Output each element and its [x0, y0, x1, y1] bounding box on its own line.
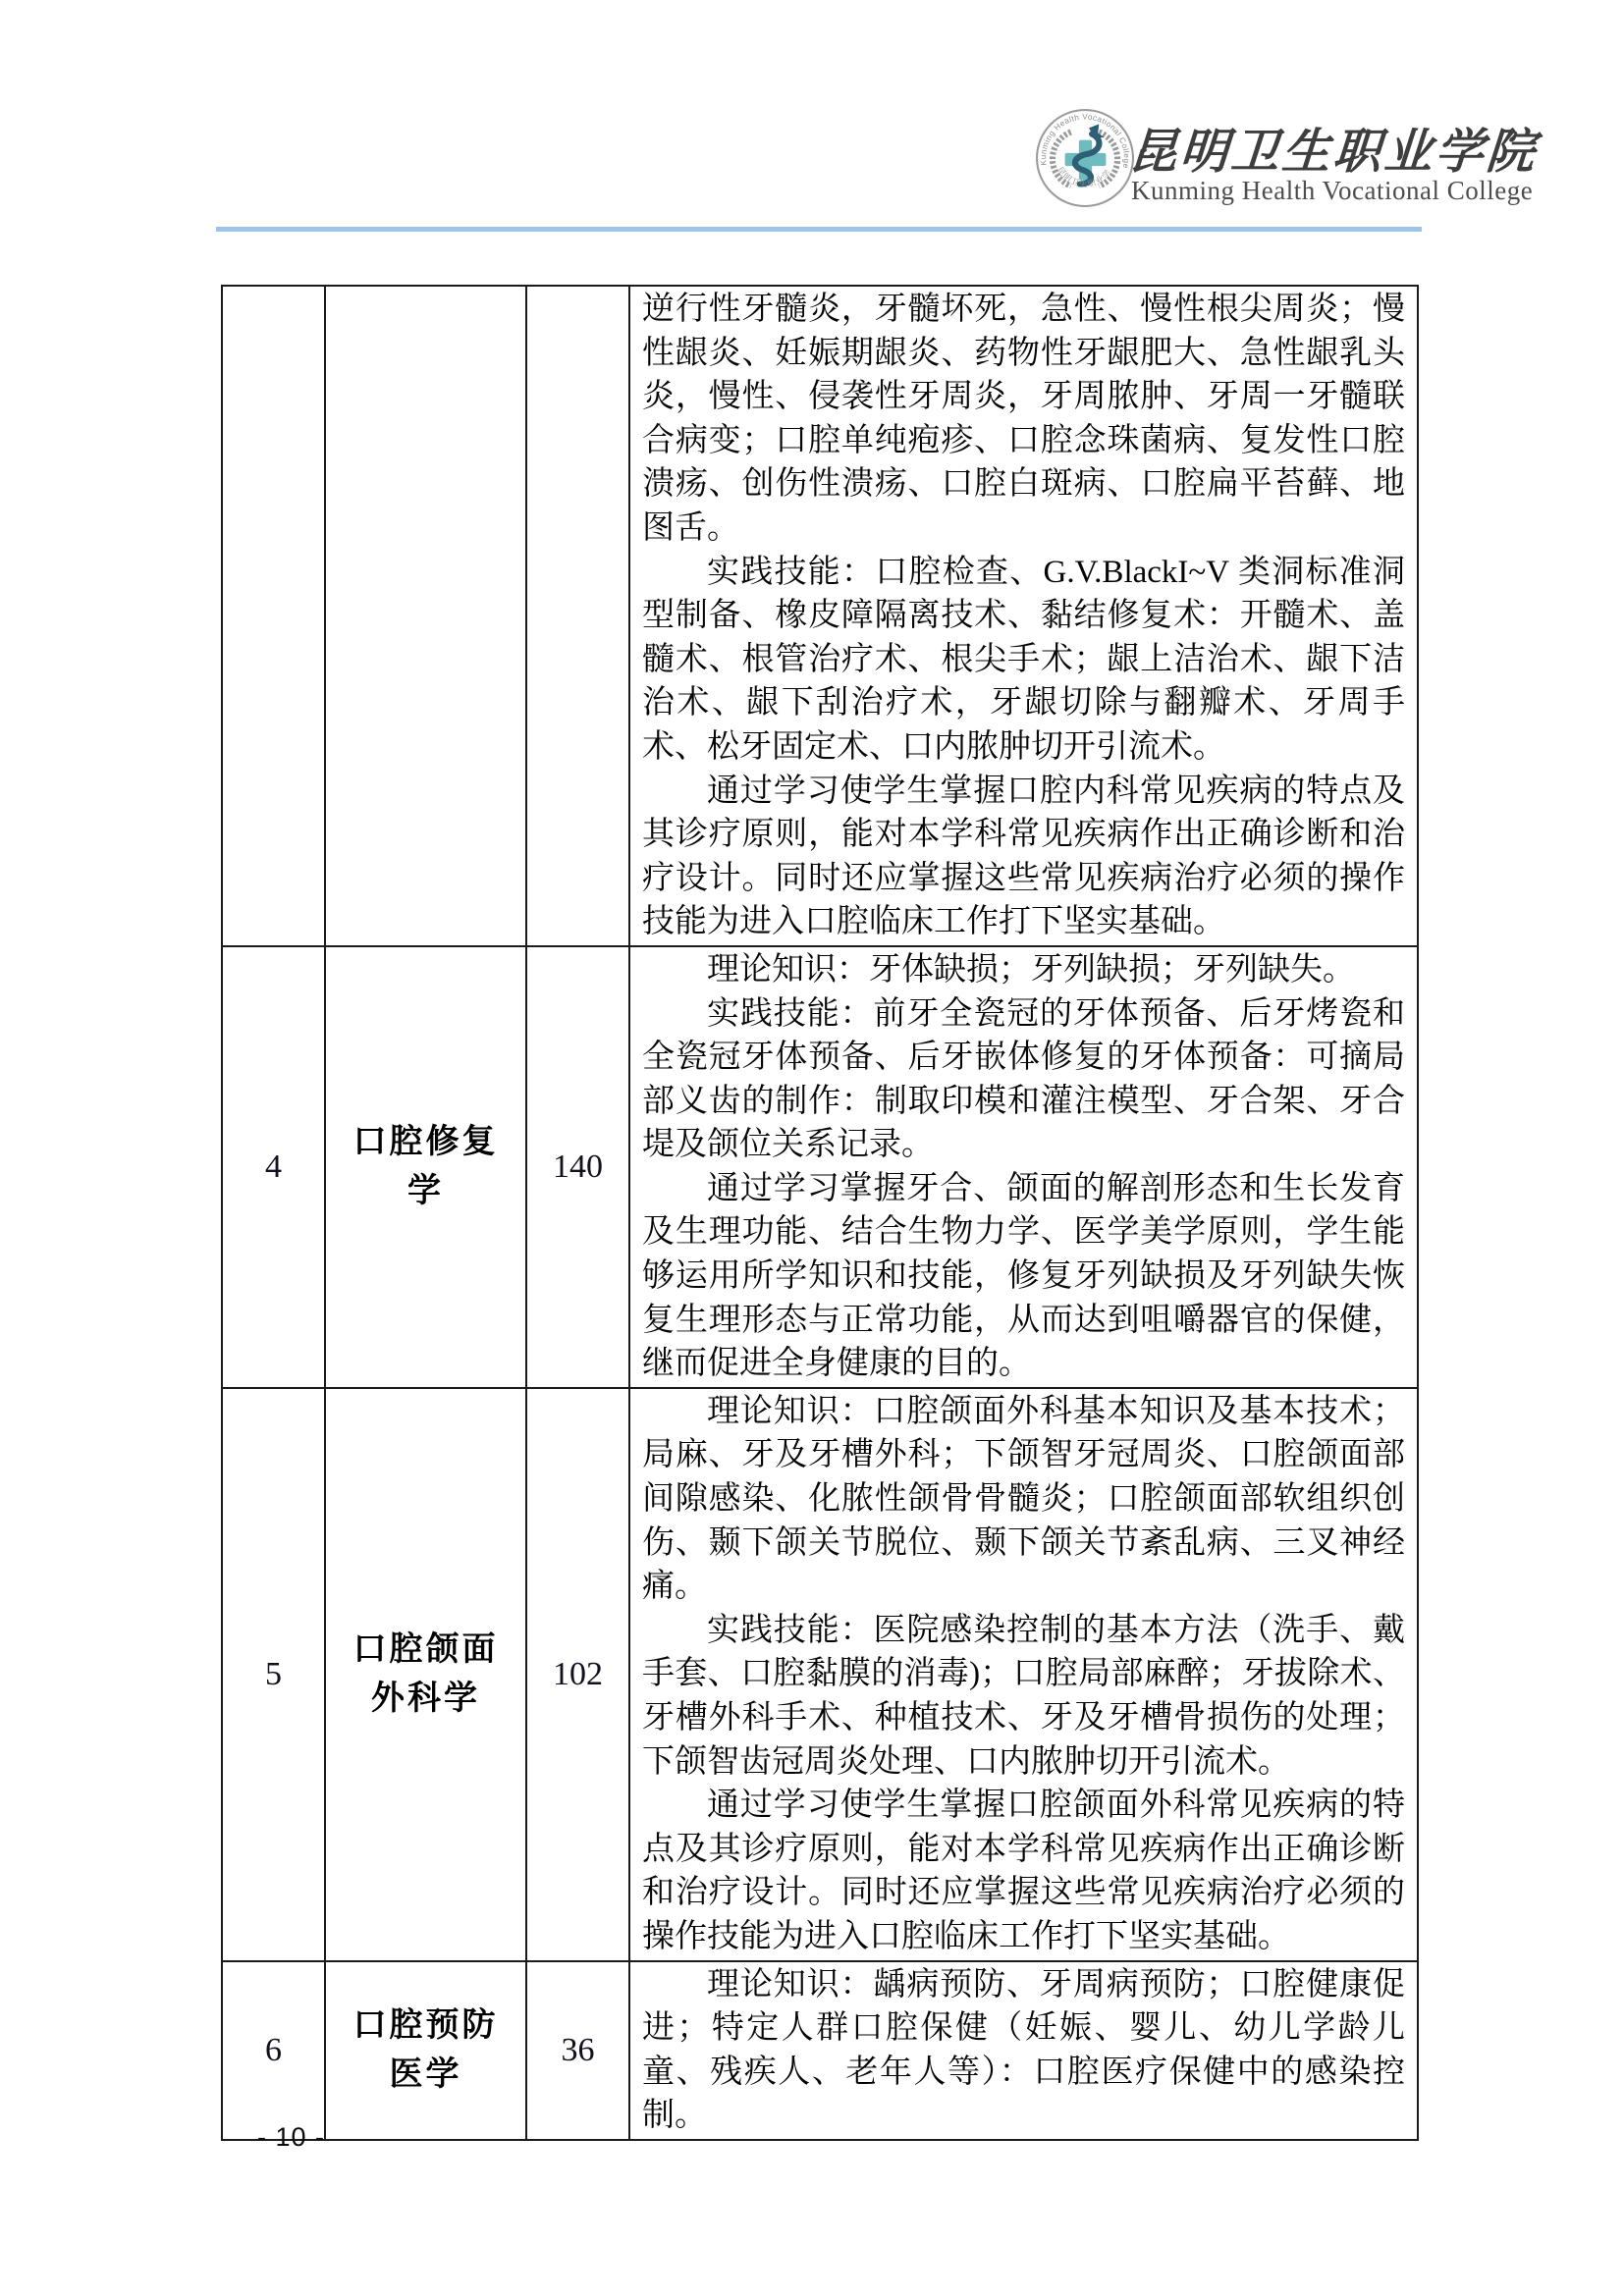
description-paragraph: 通过学习掌握牙合、颌面的解剖形态和生长发育及生理功能、结合生物力学、医学美学原则… [642, 1167, 1405, 1386]
description-paragraph: 理论知识：龋病预防、牙周病预防；口腔健康促进；特定人群口腔保健（妊娠、婴儿、幼儿… [642, 1963, 1405, 2138]
course-name-cell: 口腔修复学 [325, 946, 526, 1388]
course-number-cell: 4 [222, 946, 325, 1388]
college-name-calligraphy: 昆明卫生职业学院 [1127, 114, 1466, 183]
description-paragraph: 逆行性牙髓炎，牙髓坏死，急性、慢性根尖周炎；慢性龈炎、妊娠期龈炎、药物性牙龈肥大… [642, 288, 1405, 551]
course-hours-cell: 140 [526, 946, 629, 1388]
table-row-6: 6 口腔预防医学 36 理论知识：龋病预防、牙周病预防；口腔健康促进；特定人群口… [222, 1961, 1418, 2140]
header-divider-line [216, 227, 1422, 232]
course-hours-cell [526, 286, 629, 946]
description-paragraph: 实践技能：口腔检查、G.V.BlackI~V 类洞标准洞型制备、橡皮障隔离技术、… [642, 551, 1405, 770]
description-paragraph: 实践技能：医院感染控制的基本方法（洗手、戴手套、口腔黏膜的消毒)；口腔局部麻醉；… [642, 1609, 1405, 1784]
course-description-cell: 理论知识：牙体缺损；牙列缺损；牙列缺失。 实践技能：前牙全瓷冠的牙体预备、后牙烤… [629, 946, 1418, 1388]
course-name-cell [325, 286, 526, 946]
course-number-cell: 5 [222, 1388, 325, 1961]
course-description-cell: 逆行性牙髓炎，牙髓坏死，急性、慢性根尖周炎；慢性龈炎、妊娠期龈炎、药物性牙龈肥大… [629, 286, 1418, 946]
seal-graphic: Kunming Health Vocational College 昆明卫生职业… [1035, 106, 1135, 210]
description-paragraph: 实践技能：前牙全瓷冠的牙体预备、后牙烤瓷和全瓷冠牙体预备、后牙嵌体修复的牙体预备… [642, 992, 1405, 1167]
page-number: - 10 - [257, 2122, 325, 2153]
course-description-cell: 理论知识：龋病预防、牙周病预防；口腔健康促进；特定人群口腔保健（妊娠、婴儿、幼儿… [629, 1961, 1418, 2140]
course-number-cell [222, 286, 325, 946]
course-hours-cell: 102 [526, 1388, 629, 1961]
course-number-cell: 6 [222, 1961, 325, 2140]
description-paragraph: 理论知识：牙体缺损；牙列缺损；牙列缺失。 [642, 948, 1405, 992]
description-paragraph: 通过学习使学生掌握口腔颌面外科常见疾病的特点及其诊疗原则，能对本学科常见疾病作出… [642, 1784, 1405, 1958]
course-name-cell: 口腔预防医学 [325, 1961, 526, 2140]
description-paragraph: 理论知识：口腔颌面外科基本知识及基本技术；局麻、牙及牙槽外科；下颌智牙冠周炎、口… [642, 1390, 1405, 1609]
description-paragraph: 通过学习使学生掌握口腔内科常见疾病的特点及其诊疗原则，能对本学科常见疾病作出正确… [642, 770, 1405, 944]
course-description-cell: 理论知识：口腔颌面外科基本知识及基本技术；局麻、牙及牙槽外科；下颌智牙冠周炎、口… [629, 1388, 1418, 1961]
course-hours-cell: 36 [526, 1961, 629, 2140]
course-name-cell: 口腔颌面外科学 [325, 1388, 526, 1961]
table-row-5: 5 口腔颌面外科学 102 理论知识：口腔颌面外科基本知识及基本技术；局麻、牙及… [222, 1388, 1418, 1961]
course-table: 逆行性牙髓炎，牙髓坏死，急性、慢性根尖周炎；慢性龈炎、妊娠期龈炎、药物性牙龈肥大… [221, 285, 1419, 2141]
table-row-4: 4 口腔修复学 140 理论知识：牙体缺损；牙列缺损；牙列缺失。 实践技能：前牙… [222, 946, 1418, 1388]
table-row-continuation: 逆行性牙髓炎，牙髓坏死，急性、慢性根尖周炎；慢性龈炎、妊娠期龈炎、药物性牙龈肥大… [222, 286, 1418, 946]
college-name-english: Kunming Health Vocational College [1131, 176, 1455, 206]
document-page: Kunming Health Vocational College 昆明卫生职业… [0, 0, 1624, 2296]
college-seal-logo: Kunming Health Vocational College 昆明卫生职业… [1035, 106, 1135, 210]
